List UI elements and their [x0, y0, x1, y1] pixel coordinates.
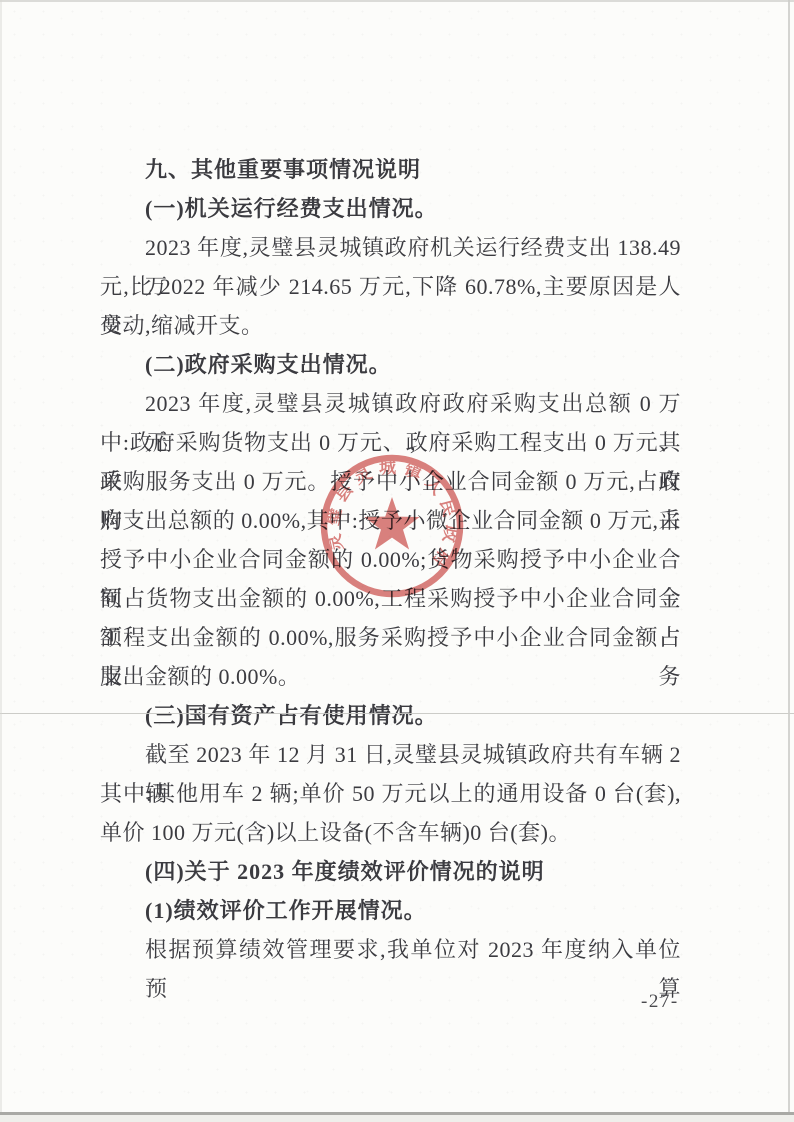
scan-edge-top	[0, 0, 794, 2]
text-line: 2023 年度,灵璧县灵城镇政府机关运行经费支出 138.49 万	[100, 228, 681, 267]
text-line: 2023 年度,灵璧县灵城镇政府政府采购支出总额 0 万元,其	[100, 384, 681, 423]
section-heading: 九、其他重要事项情况说明	[100, 150, 681, 189]
section-heading: (三)国有资产占有使用情况。	[100, 696, 681, 735]
page-number: -27-	[641, 991, 679, 1013]
scan-artifact-line	[0, 713, 794, 714]
scan-edge-bottom-fill	[0, 1115, 794, 1122]
section-heading: (二)政府采购支出情况。	[100, 345, 681, 384]
text-line: 工程支出金额的 0.00%,服务采购授予中小企业合同金额占服务	[100, 618, 681, 657]
text-line: 变动,缩减开支。	[100, 306, 681, 345]
section-heading: (一)机关运行经费支出情况。	[100, 189, 681, 228]
section-heading: (1)绩效评价工作开展情况。	[100, 891, 681, 930]
text-line: 单价 100 万元(含)以上设备(不含车辆)0 台(套)。	[100, 813, 681, 852]
scan-edge-left	[0, 0, 2, 1122]
seal-star	[364, 497, 419, 550]
text-line: 元,比 2022 年减少 214.65 万元,下降 60.78%,主要原因是人员	[100, 267, 681, 306]
text-line: 根据预算绩效管理要求,我单位对 2023 年度纳入单位预算	[100, 930, 681, 969]
scanned-page: 九、其他重要事项情况说明 (一)机关运行经费支出情况。 2023 年度,灵璧县灵…	[0, 0, 794, 1122]
official-seal: 灵璧县灵城镇人民政府	[312, 446, 472, 606]
scan-edge-right	[788, 0, 790, 1112]
section-heading: (四)关于 2023 年度绩效评价情况的说明	[100, 852, 681, 891]
text-line: 其中:其他用车 2 辆;单价 50 万元以上的通用设备 0 台(套),	[100, 774, 681, 813]
text-line: 截至 2023 年 12 月 31 日,灵璧县灵城镇政府共有车辆 2 辆,	[100, 735, 681, 774]
